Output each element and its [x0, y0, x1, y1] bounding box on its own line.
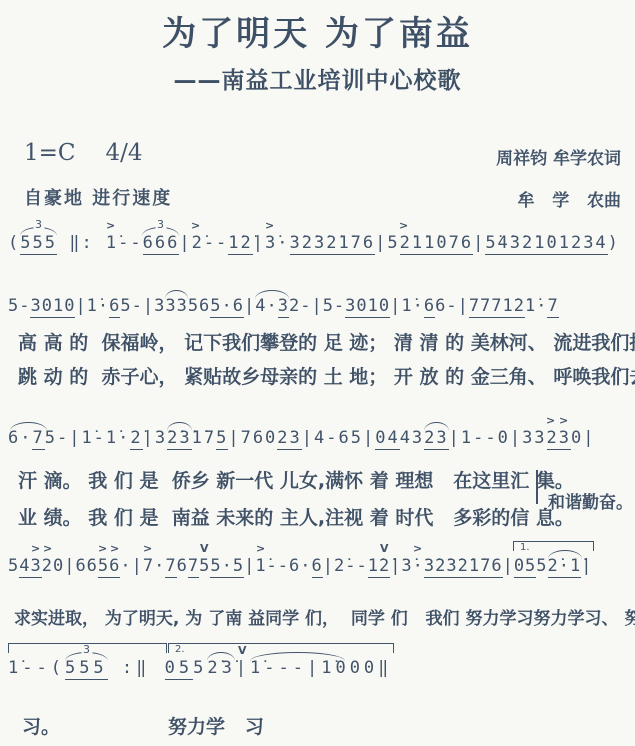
music-line-1: 3>3>>>(555 ‖: 1̇--666|2̇--1̇2̇|3̇·3̇2̇3̇…: [8, 218, 635, 272]
accent-mark: >: [256, 543, 265, 554]
accent-mark: >: [110, 543, 119, 554]
arc-mark: [250, 652, 345, 661]
sheet-music-page: 为了明天 为了南益 ——南益工业培训中心校歌 1=C4/4 周祥钧 牟学农词 自…: [0, 0, 635, 746]
bracket-mark: 1.: [513, 541, 594, 551]
lyrics-line-3: 汗 滴。 我 们 是 侨乡 新一代 儿女,满怀 着 理想 在这里汇 集。: [18, 466, 574, 493]
key-signature: 1=C: [24, 140, 76, 166]
accent-mark: >: [559, 415, 568, 426]
breath-mark: V: [200, 543, 209, 554]
lyrics-line-4: 业 绩。 我 们 是 南益 未来的 主人,注视 着 时代 多彩的信 息。: [18, 503, 574, 530]
triplet-mark: 3: [65, 652, 108, 661]
arc-mark: [255, 290, 289, 299]
accent-mark: >: [43, 543, 52, 554]
accent-mark: >: [191, 220, 200, 231]
lyricist-credit: 周祥钧 牟学农词: [496, 144, 621, 169]
breath-mark: V: [238, 645, 247, 656]
accent-mark: >: [98, 543, 107, 554]
lyrics-line-6-right: 努力学 习: [168, 712, 264, 739]
accent-mark: >: [143, 543, 152, 554]
breath-mark: V: [380, 543, 389, 554]
notation-text: (555 ‖: 1̇--666|2̇--1̇2̇|3̇·3̇2̇3̇2̇1̇76…: [8, 233, 635, 253]
accent-mark: >: [413, 543, 422, 554]
lyrics-line-2: 跳 动 的 赤子心， 紧贴故乡母亲的 土 地； 开 放 的 金三角、 呼唤我们去…: [18, 362, 635, 389]
lyrics-line-6-left: 习。: [22, 712, 60, 739]
notation-text: 5-3010|1̇·65-|333565·6|4·32-|5-3010|1̇·6…: [8, 296, 635, 316]
side-barline: [536, 470, 538, 504]
triplet-mark: 3: [142, 227, 179, 236]
notation-text: 6·75-|1̇-1̇·2̇|3̇2̇3̇1̇75|76023|4-65|044…: [8, 428, 635, 448]
music-line-5: 32.V1̇--(555 :‖ 0552̇3̇|1̇---|1̇000‖: [8, 643, 635, 697]
music-line-2: 5-3010|1̇·65-|333565·6|4·32-|5-3010|1̇·6…: [8, 281, 635, 335]
time-signature: 4/4: [106, 140, 143, 166]
triplet-mark: 3: [20, 227, 57, 236]
tempo-marking: 自豪地 进行速度: [24, 184, 172, 210]
arc-mark: [10, 422, 47, 431]
lyrics-line-5: 求实进取， 为了明天, 为 了南 益同学 们， 同学 们 我们 努力学习努力学习…: [14, 604, 635, 629]
accent-mark: >: [106, 220, 115, 231]
music-line-4: >>>>>V>V>1.54320|6656·|7·76755·5|1̇--6·6…: [8, 541, 635, 595]
page-subtitle: ——南益工业培训中心校歌: [0, 62, 635, 95]
page-title: 为了明天 为了南益: [0, 6, 635, 55]
music-line-3: >>6·75-|1̇-1̇·2̇|3̇2̇3̇1̇75|76023|4-65|0…: [8, 413, 635, 467]
lyrics-line-1: 高 高 的 保福岭， 记下我们攀登的 足 迹； 清 清 的 美林河、 流进我们拼…: [18, 328, 635, 355]
key-time-signature: 1=C4/4: [24, 140, 143, 166]
accent-mark: >: [399, 220, 408, 231]
composer-credit: 牟 学 农曲: [517, 186, 621, 211]
arc-mark: [548, 550, 582, 559]
arc-mark: [165, 290, 188, 299]
notation-text: 54320|6656·|7·76755·5|1̇--6·6|2̇--1̇2̇|3…: [8, 556, 635, 576]
arc-mark: [167, 422, 192, 431]
accent-mark: >: [31, 543, 40, 554]
arc-mark: [424, 422, 449, 431]
accent-mark: >: [265, 220, 274, 231]
notation-text: 1̇--(555 :‖ 0552̇3̇|1̇---|1̇000‖: [8, 658, 635, 678]
arc-mark: [207, 652, 235, 661]
accent-mark: >: [546, 415, 555, 426]
